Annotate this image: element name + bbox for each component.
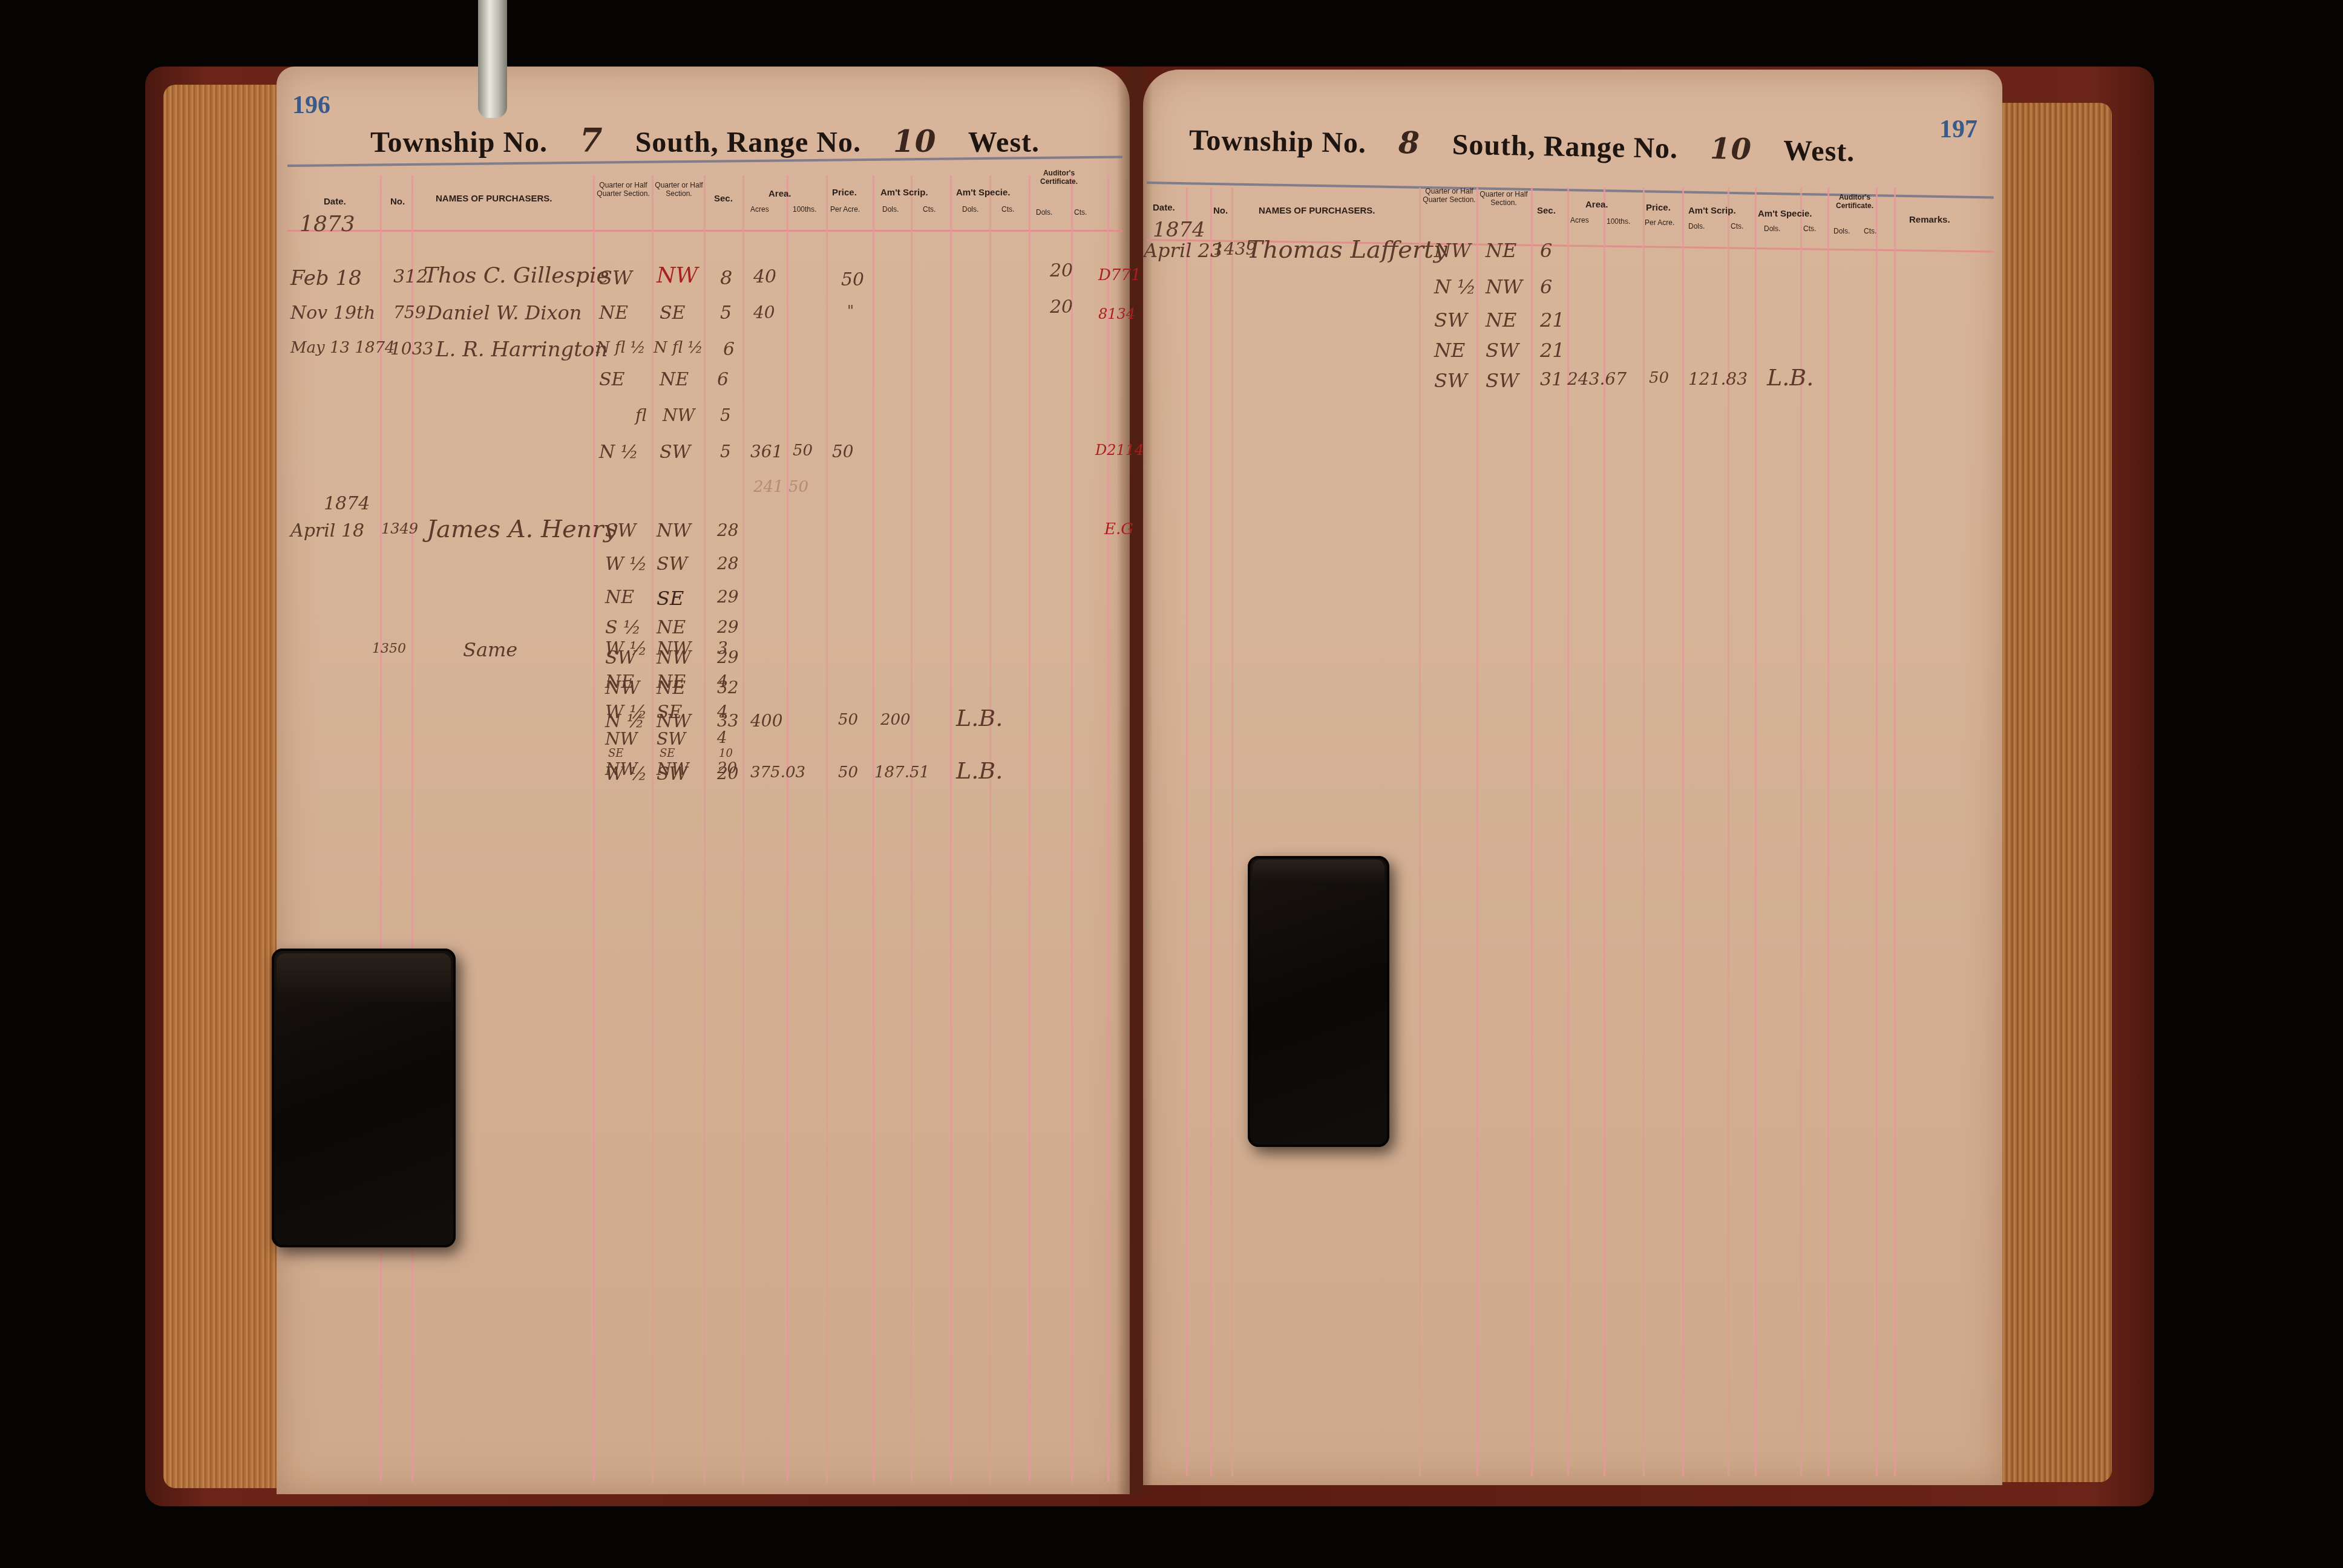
entry-sec: 4 [717, 729, 727, 747]
entry-qs: SE [660, 747, 675, 760]
entry-qs: NW [663, 405, 695, 425]
col-date: Date. [1153, 203, 1175, 213]
ledger-row[interactable]: SE NE 6 [290, 369, 1126, 399]
col-auditor-cts: Cts. [1864, 227, 1876, 236]
entry-no: 1349 [381, 520, 418, 537]
left-page-number: 196 [292, 91, 330, 120]
entry-sec: 31 [1540, 369, 1563, 390]
col-price-sub: Per Acre. [830, 206, 860, 214]
entry-qs: SE [657, 702, 682, 723]
entry-acres: 243.67 [1567, 369, 1627, 389]
col-area-acres: Acres [750, 206, 769, 214]
entry-qs: SW [657, 729, 686, 749]
entry-date: April 18 [290, 520, 364, 541]
entry-date: Nov 19th [290, 302, 375, 324]
entry-qs: SW [657, 554, 687, 575]
entry-sec: 4 [717, 702, 728, 722]
entry-sec: 6 [723, 339, 735, 360]
col-auditor-dols: Dols. [1833, 227, 1850, 236]
entry-hundredths: 50 [793, 442, 813, 460]
entry-remark: E.G [1104, 520, 1133, 538]
entry-qqs: W ½ [605, 638, 647, 659]
year-label: 1874 [1153, 218, 1205, 242]
entry-scrip: 121.83 [1688, 369, 1748, 389]
entry-qqs: SW [1434, 309, 1467, 332]
year-label: 1873 [300, 212, 355, 237]
left-page-edges [163, 85, 290, 1488]
entry-qs: SW [660, 442, 690, 463]
ledger-row[interactable]: Nov 19th 759 Daniel W. Dixon NE SE 5 40 … [290, 302, 1126, 339]
entry-sec: 5 [720, 405, 731, 425]
ledger-row[interactable]: fl NW 5 [290, 405, 1126, 436]
ledger-row[interactable]: April 18 1349 James A. Henry SW NW 28 E.… [290, 520, 1126, 557]
col-scrip-cts: Cts. [923, 206, 936, 214]
faint-subtotal: 241 50 [753, 478, 808, 496]
col-qqs: Quarter or Half Quarter Section. [596, 181, 650, 198]
col-specie-cts: Cts. [1001, 206, 1014, 214]
entry-qqs: NE [605, 671, 634, 693]
entry-qs: SE [657, 587, 684, 610]
entry-name: Same [463, 638, 517, 661]
entry-qqs: NE [599, 302, 628, 324]
entry-sec: 10 [719, 747, 733, 760]
entry-price: " [847, 302, 854, 319]
entry-qqs: SW [1434, 369, 1467, 392]
range-number: 10 [893, 123, 937, 159]
entry-qqs: W ½ [605, 763, 647, 785]
entry-qs: NW [657, 263, 698, 288]
ledger-row[interactable]: Feb 18 312 Thos C. Gillespie SW NW 8 40 … [290, 266, 1126, 302]
entry-specie-initials: L.B. [956, 757, 1003, 784]
col-names: NAMES OF PURCHASERS. [1259, 206, 1375, 216]
entry-qs: SW [1486, 369, 1519, 392]
entry-scrip: 187.51 [874, 763, 929, 782]
entry-sec: 28 [717, 520, 739, 540]
entry-qs: NE [657, 671, 686, 693]
entry-qqs: NE [1434, 339, 1465, 362]
col-auditor-dols: Dols. [1036, 209, 1052, 217]
ledger-row[interactable]: N ½ SW 5 361 50 50 D2114 [290, 442, 1126, 478]
col-scrip-dols: Dols. [1688, 223, 1705, 231]
entry-price: 50 [841, 269, 864, 290]
col-scrip: Am't Scrip. [880, 188, 928, 198]
entry-qqs: SE [608, 747, 623, 760]
township-number: 7 [580, 121, 603, 160]
ledger-row[interactable]: NE SE 29 [290, 587, 1126, 617]
entry-date: Feb 18 [290, 266, 362, 290]
entry-qqs: N fl ½ [596, 339, 646, 357]
entry-qqs: N ½ [1434, 275, 1476, 298]
col-specie-dols: Dols. [1764, 225, 1780, 234]
entry-name: Daniel W. Dixon [427, 301, 582, 324]
entry-sec: 29 [717, 587, 739, 607]
entry-qqs: W ½ [605, 702, 647, 723]
entry-specie-initials: L.B. [1767, 364, 1814, 391]
entry-qs: NE [1486, 239, 1516, 262]
entry-date: April 23 [1144, 239, 1222, 262]
entry-no: 1350 [372, 641, 406, 656]
entry-sec: 5 [720, 302, 732, 324]
entry-name: Thos C. Gillespie [424, 263, 609, 288]
entry-qqs: fl [635, 405, 647, 425]
entry-qs: NW [1486, 275, 1522, 298]
col-auditor: Auditor's Certificate. [1032, 169, 1086, 186]
left-page-title: Township No. 7 South, Range No. 10 West. [370, 121, 1040, 160]
entry-auditor: 20 [1050, 260, 1073, 281]
title-middle: South, Range No. [635, 126, 861, 158]
entry-qs: NW [657, 520, 691, 541]
col-price: Price. [1646, 203, 1671, 213]
entry-sec: 3 [717, 638, 728, 658]
entry-auditor: 20 [1050, 296, 1073, 318]
ledger-row[interactable]: N ½ NW 6 [1144, 275, 1997, 312]
ledger-row[interactable]: NE NE 4 [290, 671, 1126, 702]
entry-sec: 21 [1540, 309, 1565, 332]
entry-sec: 4 [717, 671, 728, 691]
col-area-100ths: 100ths. [793, 206, 816, 214]
title-suffix: West. [1783, 134, 1855, 168]
entry-qs: SW [1486, 339, 1519, 362]
entry-qqs: W ½ [605, 554, 647, 575]
entry-qqs: NW [1434, 239, 1471, 262]
col-area-100ths: 100ths. [1607, 218, 1630, 226]
col-scrip-dols: Dols. [882, 206, 899, 214]
title-prefix: Township No. [1189, 124, 1367, 159]
col-scrip-cts: Cts. [1731, 223, 1743, 231]
entry-qs: N fl ½ [654, 339, 703, 357]
ledger-row[interactable]: W ½ SW 28 [290, 554, 1126, 584]
entry-qqs: N ½ [599, 442, 638, 463]
entry-name: L. R. Harrington [436, 338, 608, 362]
entry-qqs: NW [605, 729, 637, 749]
paperweight-top-face [1253, 860, 1384, 884]
entry-date: May 13 1874 [290, 339, 395, 357]
right-paperweight[interactable] [1248, 856, 1389, 1147]
entry-qqs: SW [599, 266, 632, 289]
entry-sec: 29 [717, 617, 739, 637]
entry-qqs: SE [599, 369, 624, 390]
col-auditor-cts: Cts. [1074, 209, 1087, 217]
col-no: No. [1213, 206, 1228, 216]
col-area-acres: Acres [1570, 217, 1589, 225]
entry-sec: 6 [717, 369, 729, 390]
range-number: 10 [1710, 132, 1752, 166]
col-specie: Am't Specie. [956, 188, 1010, 198]
col-price-sub: Per Acre. [1645, 219, 1674, 227]
left-paperweight[interactable] [272, 949, 456, 1247]
entry-no: 312 [393, 266, 428, 287]
entry-sec: 28 [717, 554, 739, 573]
ledger-row-total[interactable]: SW SW 31 243.67 50 121.83 L.B. [1144, 369, 1997, 405]
entry-qs: SW [657, 763, 687, 785]
entry-no: 759 [393, 302, 425, 322]
entry-price: 50 [1649, 369, 1669, 387]
entry-qs: SE [660, 302, 685, 324]
col-specie-dols: Dols. [962, 206, 978, 214]
title-suffix: West. [968, 126, 1040, 158]
entry-name: James A. Henry [427, 515, 617, 543]
entry-no: 1033 [390, 339, 433, 359]
entry-sec: 5 [720, 442, 731, 462]
right-page-edges [1991, 103, 2112, 1482]
entry-sec: 8 [720, 266, 732, 289]
year-label: 1874 [324, 493, 370, 514]
entry-acres: 40 [753, 266, 776, 287]
bookmark-ribbon[interactable] [478, 0, 507, 118]
ledger-row[interactable]: 1350 Same W ½ NW 3 [290, 638, 1126, 675]
col-qs: Quarter or Half Section. [655, 181, 703, 198]
entry-name: Thomas Lafferty [1247, 236, 1447, 264]
entry-qqs: NE [605, 587, 634, 608]
entry-sec: 21 [1540, 339, 1565, 362]
entry-price: 50 [838, 763, 858, 782]
entry-qs: NE [660, 369, 689, 390]
entry-acres: 40 [753, 302, 775, 322]
col-qs: Quarter or Half Section. [1480, 191, 1528, 207]
col-area: Area. [1585, 200, 1608, 210]
entry-sec: 6 [1540, 275, 1552, 298]
col-area: Area. [768, 189, 791, 199]
entry-acres: 361 [750, 442, 782, 462]
entry-remark: D771 [1098, 266, 1141, 284]
entry-remark: 8134 [1098, 305, 1135, 322]
col-remarks: Remarks. [1909, 215, 1950, 225]
col-price: Price. [832, 188, 857, 198]
ledger-row[interactable]: W ½ SE 4 [290, 702, 1126, 732]
paperweight-top-face [277, 953, 451, 1002]
col-names: NAMES OF PURCHASERS. [436, 194, 552, 204]
col-sec: Sec. [714, 194, 733, 204]
col-qqs: Quarter or Half Quarter Section. [1422, 188, 1476, 204]
entry-acres: 375.03 [750, 763, 805, 782]
township-number: 8 [1398, 125, 1420, 161]
col-scrip: Am't Scrip. [1688, 206, 1736, 216]
right-page-number: 197 [1939, 115, 1978, 144]
entry-sec: 20 [717, 763, 739, 783]
title-middle: South, Range No. [1452, 129, 1678, 165]
col-no: No. [390, 197, 405, 207]
entry-price: 50 [832, 442, 854, 462]
col-specie: Am't Specie. [1758, 209, 1812, 219]
ledger-row-total[interactable]: W ½ SW 20 375.03 50 187.51 L.B. [290, 763, 1126, 800]
col-auditor: Auditor's Certificate. [1827, 194, 1882, 211]
col-specie-cts: Cts. [1803, 225, 1816, 234]
entry-qqs: SW [605, 520, 636, 541]
col-sec: Sec. [1537, 206, 1556, 216]
entry-sec: 6 [1540, 239, 1552, 262]
col-date: Date. [324, 197, 346, 207]
entry-remark: D2114 [1095, 442, 1144, 459]
entry-qs: NE [1486, 309, 1516, 332]
title-prefix: Township No. [370, 126, 548, 158]
entry-qs: NW [657, 638, 691, 659]
